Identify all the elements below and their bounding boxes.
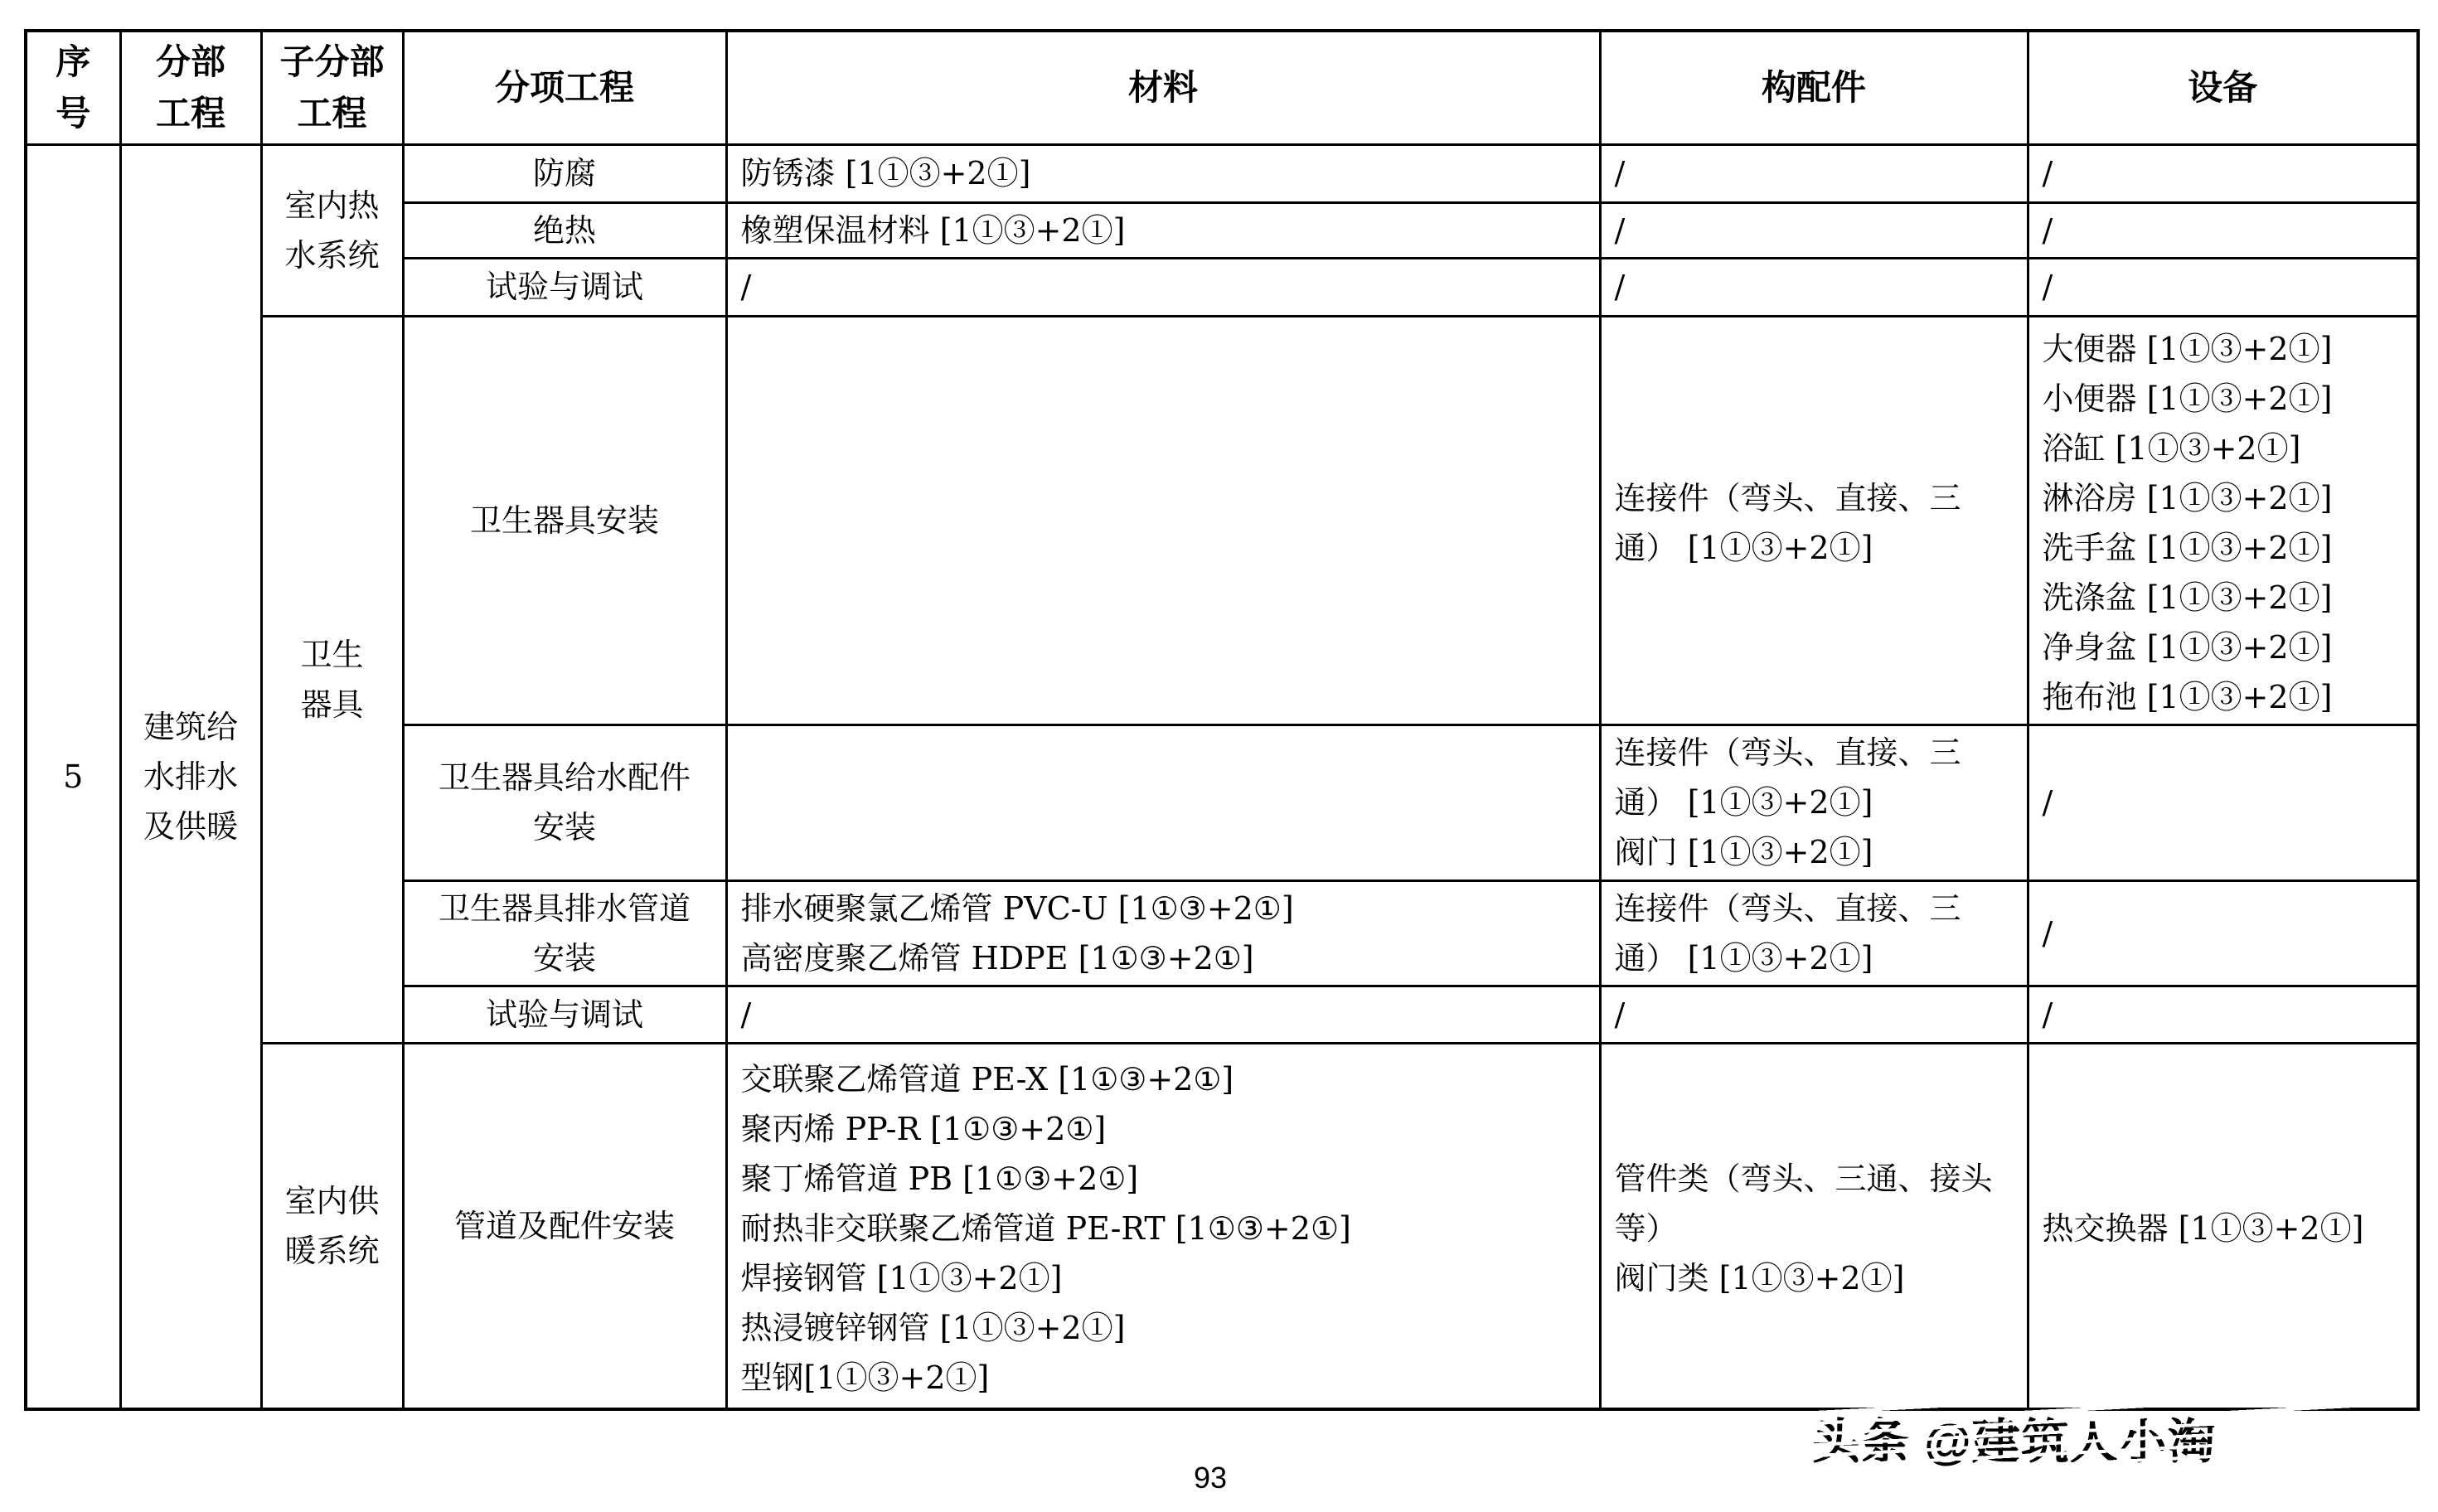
engineering-spec-table: 序 号 分部 工程 子分部 工程 分项工程 材料 构配件 设备 5 建筑给 水排… bbox=[24, 29, 2420, 1411]
document-page: 序 号 分部 工程 子分部 工程 分项工程 材料 构配件 设备 5 建筑给 水排… bbox=[0, 0, 2438, 1512]
cell-component: / bbox=[1600, 202, 2028, 258]
cell-material: 交联聚乙烯管道 PE-X [1①③+2①] 聚丙烯 PP-R [1①③+2①] … bbox=[726, 1043, 1600, 1409]
cell-equipment: / bbox=[2028, 202, 2418, 258]
cell-subdivision-heating: 室内供 暖系统 bbox=[261, 1043, 403, 1409]
cell-equipment: / bbox=[2028, 880, 2418, 986]
cell-item: 试验与调试 bbox=[403, 986, 726, 1043]
cell-material bbox=[726, 316, 1600, 724]
header-subdivision: 子分部 工程 bbox=[261, 31, 403, 144]
cell-material: / bbox=[726, 258, 1600, 316]
table-row: 5 建筑给 水排水 及供暖 室内热 水系统 防腐 防锈漆 [1①③+2①] / … bbox=[26, 144, 2418, 202]
header-serial: 序 号 bbox=[26, 31, 120, 144]
cell-item: 卫生器具安装 bbox=[403, 316, 726, 724]
cell-item: 绝热 bbox=[403, 202, 726, 258]
cell-component: 连接件（弯头、直接、三通） [1①③+2①] 阀门 [1①③+2①] bbox=[1600, 724, 2028, 880]
cell-equipment: / bbox=[2028, 986, 2418, 1043]
cell-material: / bbox=[726, 986, 1600, 1043]
cell-item: 卫生器具排水管道 安装 bbox=[403, 880, 726, 986]
cell-subdivision-hot-water: 室内热 水系统 bbox=[261, 144, 403, 316]
header-item: 分项工程 bbox=[403, 31, 726, 144]
page-number: 93 bbox=[1144, 1461, 1277, 1495]
header-division: 分部 工程 bbox=[120, 31, 261, 144]
cell-equipment: 热交换器 [1①③+2①] bbox=[2028, 1043, 2418, 1409]
table-row: 卫生 器具 卫生器具安装 连接件（弯头、直接、三通） [1①③+2①] 大便器 … bbox=[26, 316, 2418, 724]
cell-component: / bbox=[1600, 986, 2028, 1043]
toutiao-watermark: 头条 @建筑人小淘 bbox=[1812, 1403, 2417, 1472]
cell-component: / bbox=[1600, 144, 2028, 202]
cell-subdivision-sanitary-ware: 卫生 器具 bbox=[261, 316, 403, 1043]
cell-material: 橡塑保温材料 [1①③+2①] bbox=[726, 202, 1600, 258]
cell-serial-no: 5 bbox=[26, 144, 120, 1409]
cell-equipment: 大便器 [1①③+2①] 小便器 [1①③+2①] 浴缸 [1①③+2①] 淋浴… bbox=[2028, 316, 2418, 724]
header-row: 序 号 分部 工程 子分部 工程 分项工程 材料 构配件 设备 bbox=[26, 31, 2418, 144]
cell-equipment: / bbox=[2028, 144, 2418, 202]
cell-component: 连接件（弯头、直接、三通） [1①③+2①] bbox=[1600, 880, 2028, 986]
header-equipment: 设备 bbox=[2028, 31, 2418, 144]
header-material: 材料 bbox=[726, 31, 1600, 144]
cell-material: 排水硬聚氯乙烯管 PVC-U [1①③+2①] 高密度聚乙烯管 HDPE [1①… bbox=[726, 880, 1600, 986]
header-component: 构配件 bbox=[1600, 31, 2028, 144]
cell-component: 管件类（弯头、三通、接头等） 阀门类 [1①③+2①] bbox=[1600, 1043, 2028, 1409]
cell-item: 管道及配件安装 bbox=[403, 1043, 726, 1409]
cell-item: 卫生器具给水配件 安装 bbox=[403, 724, 726, 880]
table-row: 室内供 暖系统 管道及配件安装 交联聚乙烯管道 PE-X [1①③+2①] 聚丙… bbox=[26, 1043, 2418, 1409]
cell-component: 连接件（弯头、直接、三通） [1①③+2①] bbox=[1600, 316, 2028, 724]
cell-equipment: / bbox=[2028, 258, 2418, 316]
cell-division: 建筑给 水排水 及供暖 bbox=[120, 144, 261, 1409]
cell-material bbox=[726, 724, 1600, 880]
cell-component: / bbox=[1600, 258, 2028, 316]
cell-item: 防腐 bbox=[403, 144, 726, 202]
cell-item: 试验与调试 bbox=[403, 258, 726, 316]
cell-material: 防锈漆 [1①③+2①] bbox=[726, 144, 1600, 202]
cell-equipment: / bbox=[2028, 724, 2418, 880]
